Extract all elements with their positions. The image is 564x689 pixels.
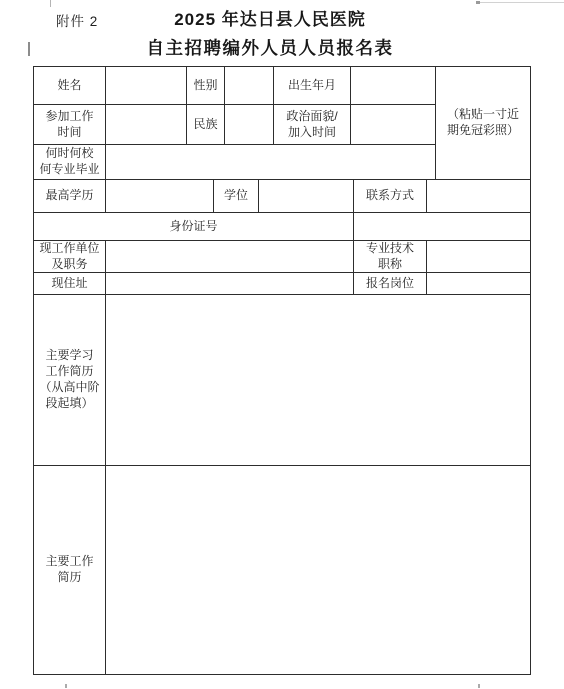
field-applied-position-input[interactable] [427, 273, 531, 295]
field-current-address-input[interactable] [106, 273, 354, 295]
title-line-1: 2025 年达日县人民医院 [0, 6, 540, 34]
field-gender-input[interactable] [225, 67, 274, 105]
field-study-work-resume-label: 主要学习 工作简历 （从高中阶 段起填） [34, 295, 106, 466]
field-applied-position-label: 报名岗位 [354, 273, 427, 295]
field-graduation-label: 何时何校 何专业毕业 [34, 145, 106, 180]
field-birth-date-label: 出生年月 [274, 67, 351, 105]
field-degree-input[interactable] [259, 180, 354, 213]
field-degree-label: 学位 [214, 180, 259, 213]
photo-paste-area[interactable]: （粘贴一寸近 期免冠彩照） [436, 67, 531, 180]
field-highest-education-label: 最高学历 [34, 180, 106, 213]
crop-mark-bottom-left [65, 684, 67, 688]
field-birth-date-input[interactable] [351, 67, 436, 105]
field-political-status-label: 政治面貌/ 加入时间 [274, 105, 351, 145]
field-contact-label: 联系方式 [354, 180, 427, 213]
title-line-2: 自主招聘编外人员人员报名表 [0, 34, 540, 62]
field-id-number-input[interactable] [354, 213, 531, 241]
crop-mark-bottom-right [478, 684, 480, 688]
field-work-resume-label: 主要工作 简历 [34, 466, 106, 675]
field-work-resume-input[interactable] [106, 466, 531, 675]
field-name-input[interactable] [106, 67, 187, 105]
field-gender-label: 性别 [187, 67, 225, 105]
ruler-nub-top-right [476, 1, 480, 4]
field-current-address-label: 现住址 [34, 273, 106, 295]
field-ethnicity-input[interactable] [225, 105, 274, 145]
field-ethnicity-label: 民族 [187, 105, 225, 145]
ruler-line-top-right [476, 2, 564, 3]
field-highest-education-input[interactable] [106, 180, 214, 213]
field-work-start-time-input[interactable] [106, 105, 187, 145]
field-id-number-label: 身份证号 [34, 213, 354, 241]
field-graduation-input[interactable] [106, 145, 436, 180]
registration-form-table: 姓名 性别 出生年月 （粘贴一寸近 期免冠彩照） 参加工作 时间 民族 政治面貌… [33, 66, 531, 675]
field-political-status-input[interactable] [351, 105, 436, 145]
document-title: 2025 年达日县人民医院 自主招聘编外人员人员报名表 [0, 6, 540, 62]
field-study-work-resume-input[interactable] [106, 295, 531, 466]
field-contact-input[interactable] [427, 180, 531, 213]
field-current-employer-label: 现工作单位 及职务 [34, 241, 106, 273]
field-work-start-time-label: 参加工作 时间 [34, 105, 106, 145]
field-professional-title-label: 专业技术 职称 [354, 241, 427, 273]
document-page: 附件 2 2025 年达日县人民医院 自主招聘编外人员人员报名表 姓名 性别 出… [0, 0, 564, 689]
field-professional-title-input[interactable] [427, 241, 531, 273]
field-current-employer-input[interactable] [106, 241, 354, 273]
field-name-label: 姓名 [34, 67, 106, 105]
